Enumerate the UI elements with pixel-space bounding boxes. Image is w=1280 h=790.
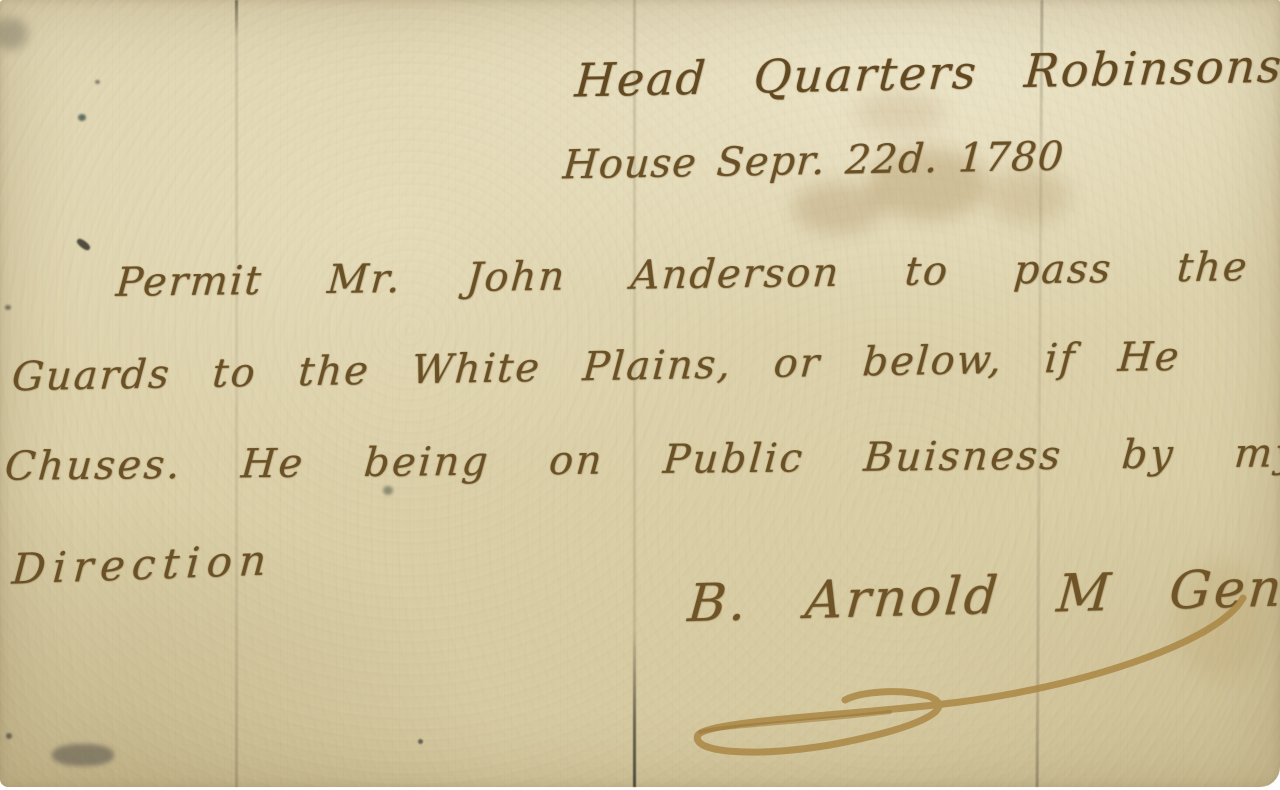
heading-line-1: Head Quarters Robinsons	[573, 39, 1280, 108]
stain	[383, 486, 393, 495]
ink-smudge	[792, 182, 884, 234]
stain	[52, 744, 114, 766]
body-line-2: Guards to the White Plains, or below, if…	[10, 334, 1182, 400]
scanned-document: Head Quarters Robinsons House Sepr. 22d.…	[0, 0, 1280, 790]
manuscript-paper: Head Quarters Robinsons House Sepr. 22d.…	[0, 0, 1280, 787]
body-line-3: Chuses. He being on Public Buisness by m…	[3, 430, 1280, 490]
stain	[78, 114, 86, 121]
stain	[0, 18, 28, 50]
heading-line-2: House Sepr. 22d. 1780	[561, 134, 1065, 189]
stain	[6, 733, 12, 739]
body-line-4: Direction	[10, 535, 274, 593]
stain	[418, 739, 423, 744]
stain	[95, 80, 100, 84]
fold-crease-center	[633, 0, 636, 787]
stain	[75, 237, 91, 252]
stain	[5, 305, 11, 310]
body-line-1: Permit Mr. John Anderson to pass the	[114, 244, 1250, 306]
signature-flourish	[660, 580, 1270, 780]
